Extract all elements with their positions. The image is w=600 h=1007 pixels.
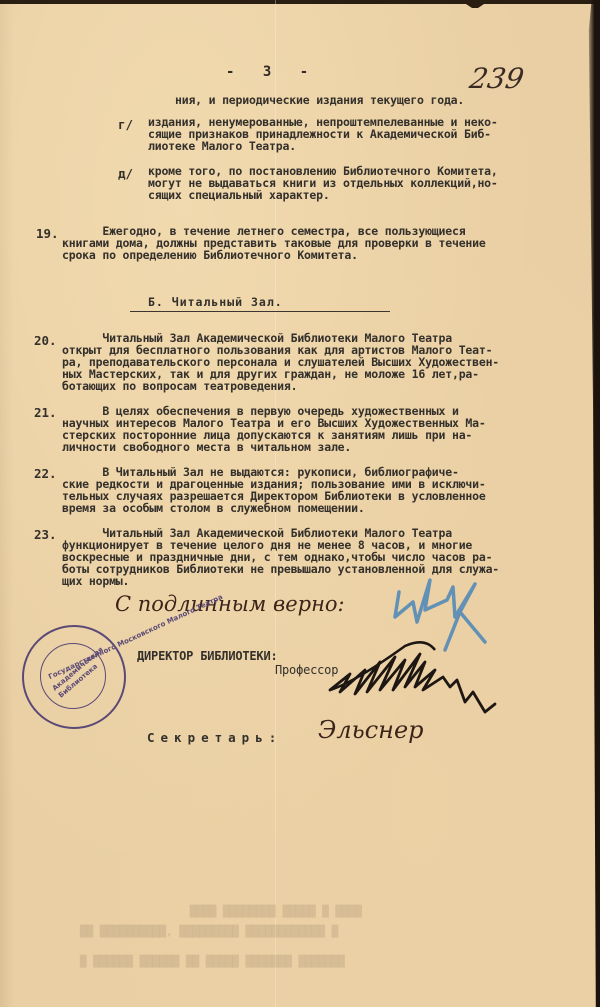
item-line: лиотеке Малого Театра. bbox=[148, 140, 296, 153]
bleed-through-text: █ ██████ ██████ ██ █████ ███████ ███████ bbox=[60, 955, 345, 968]
bleed-through-text: ██ ██████████, █████████ ████████████ █ bbox=[60, 925, 338, 938]
handwritten-certification: С подлинным верно: bbox=[115, 592, 345, 616]
bleed-through-text: ████ ████████ █████ █ ████ bbox=[150, 905, 362, 918]
page-number: - 3 - bbox=[226, 64, 318, 80]
paragraph-number: 19. bbox=[36, 226, 59, 241]
paragraph-line: ботающих по вопросам театроведения. bbox=[62, 380, 297, 393]
director-label: ДИРЕКТОР БИБЛИОТЕКИ: bbox=[137, 650, 278, 663]
item-line: сящих специальный характер. bbox=[148, 189, 330, 202]
paragraph-number: 23. bbox=[34, 527, 57, 542]
paragraph-line: щих нормы. bbox=[62, 575, 129, 588]
continuation-line: ния, и периодические издания текущего го… bbox=[175, 94, 464, 107]
page-top-edge bbox=[0, 0, 600, 4]
section-heading: Б. Читальный Зал. bbox=[148, 295, 283, 309]
paragraph-line: время за особым столом в служебном помещ… bbox=[62, 502, 365, 515]
paragraph-number: 21. bbox=[34, 405, 57, 420]
item-marker: г/ bbox=[118, 117, 133, 132]
paragraph-number: 22. bbox=[34, 466, 57, 481]
item-marker: д/ bbox=[118, 166, 133, 181]
page-right-edge bbox=[586, 0, 600, 1007]
page-tear-notch bbox=[460, 0, 490, 8]
paragraph-line: личности свободного места в читальном за… bbox=[62, 441, 351, 454]
secretary-label: Секретарь: bbox=[147, 730, 282, 745]
paragraph-line: срока по определению Библиотечного Комит… bbox=[62, 249, 358, 262]
secretary-signature: Эльснер bbox=[318, 716, 424, 744]
library-seal-stamp: Государственного Московского Малого Теат… bbox=[22, 625, 126, 729]
section-underline bbox=[130, 311, 390, 312]
paragraph-number: 20. bbox=[34, 333, 57, 348]
archive-folio-number: 239 bbox=[467, 62, 526, 95]
